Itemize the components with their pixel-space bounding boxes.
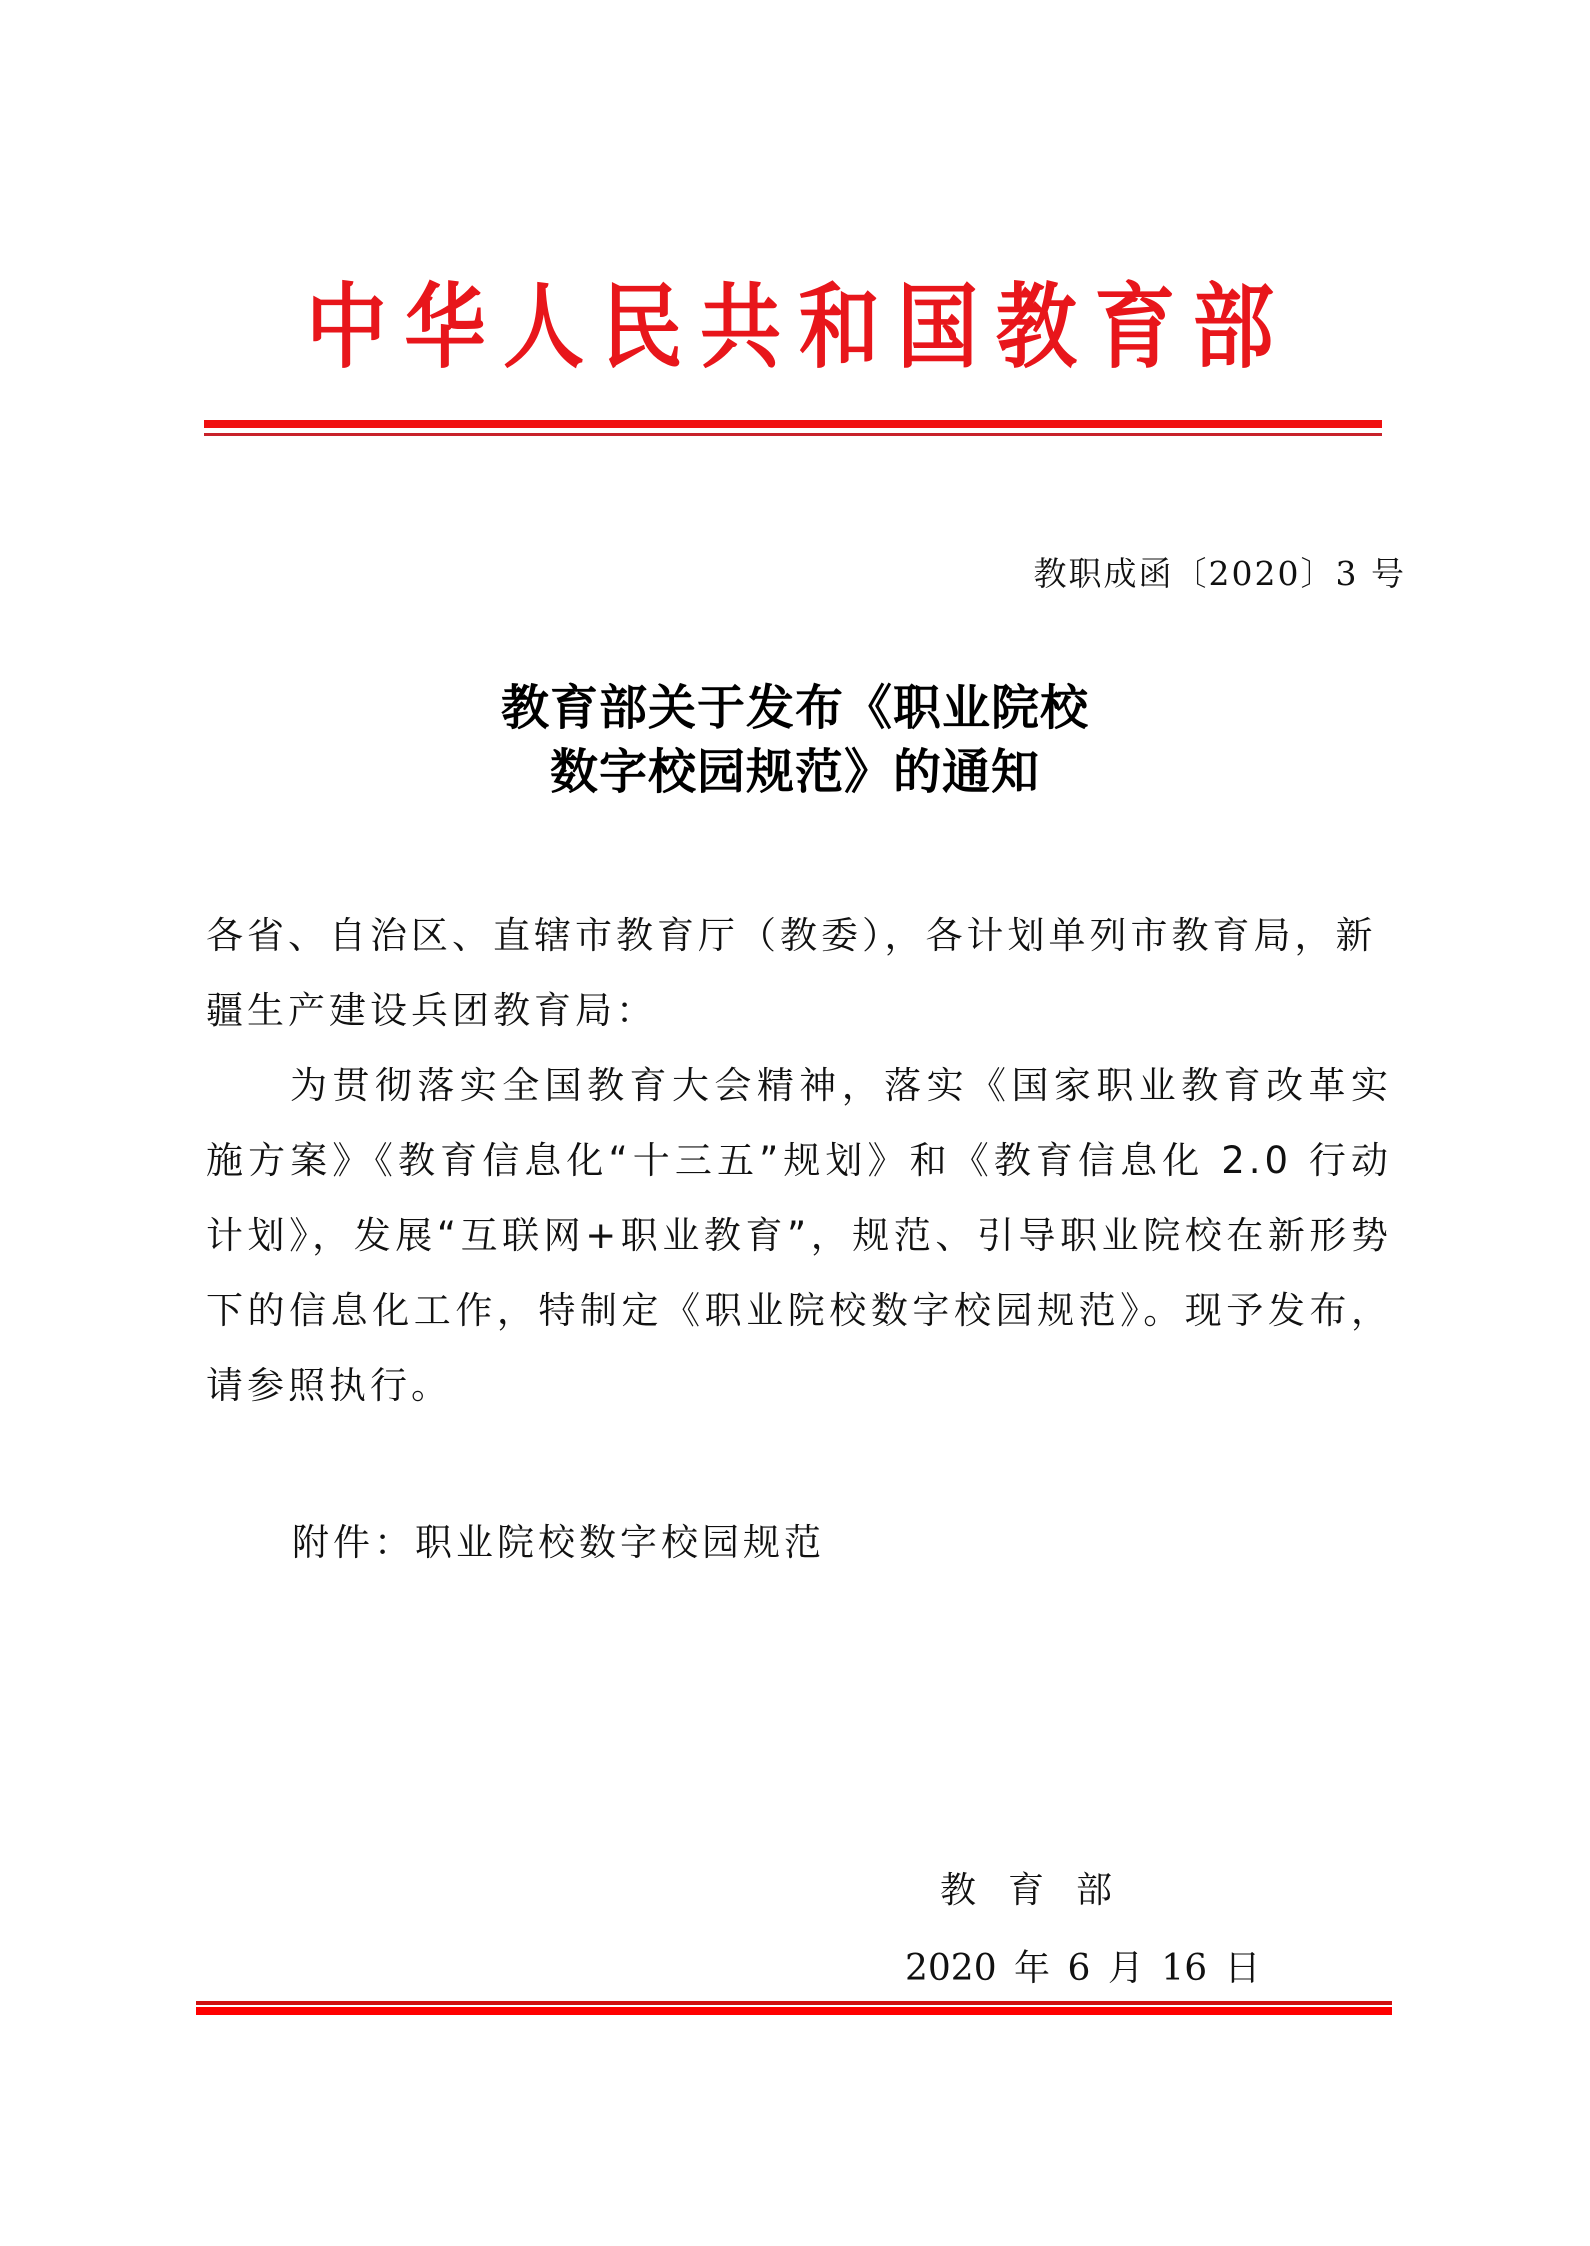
document-title-line-2: 数字校园规范》的通知 [0,740,1590,804]
signature-date: 2020 年 6 月 16 日 [905,1940,1261,1991]
masthead-char: 部 [1193,282,1274,374]
body-paragraph: 为贯彻落实全国教育大会精神，落实《国家职业教育改革实施方案》《教育信息化“十三五… [206,1048,1392,1423]
document-title: 教育部关于发布《职业院校 数字校园规范》的通知 [0,676,1590,804]
document-title-line-1: 教育部关于发布《职业院校 [0,676,1590,740]
masthead-rule-thick [204,420,1382,428]
masthead-title: 中 华 人 民 共 和 国 教 育 部 [306,268,1274,388]
masthead-char: 中 [306,282,387,374]
masthead-rule-thin [204,433,1382,436]
footer-rule-thin [196,2001,1392,2005]
masthead-char: 教 [996,282,1077,374]
masthead-char: 国 [897,282,978,374]
masthead-char: 人 [503,282,584,374]
attachment-line: 附件：职业院校数字校园规范 [292,1512,825,1566]
attachment-label: 附件： [292,1521,415,1564]
masthead-char: 民 [602,282,683,374]
signature-organization: 教育部 [940,1862,1144,1913]
masthead-char: 共 [700,282,781,374]
attachment-name[interactable]: 职业院校数字校园规范 [415,1521,825,1564]
footer-rule-thick [196,2007,1392,2015]
document-number: 教职成函〔2020〕3 号 [1034,548,1406,595]
addressee: 各省、自治区、直辖市教育厅（教委），各计划单列市教育局，新疆生产建设兵团教育局： [206,898,1392,1048]
masthead-char: 和 [799,282,880,374]
masthead-char: 华 [405,282,486,374]
masthead-char: 育 [1094,282,1175,374]
